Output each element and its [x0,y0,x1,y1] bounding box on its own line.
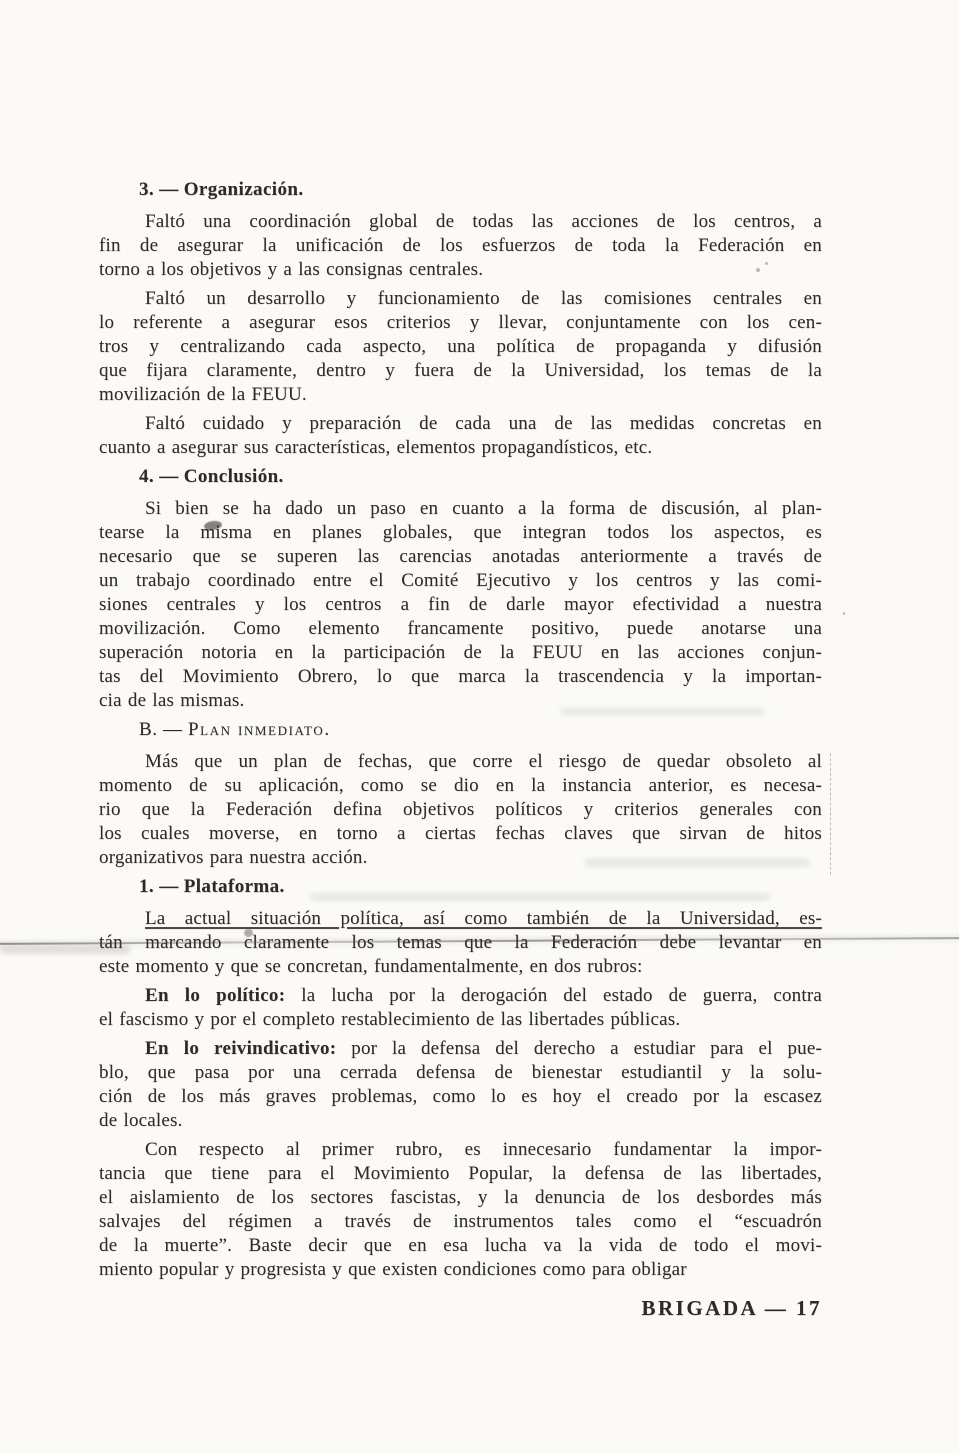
paragraph: En lo reivindicativo: por la defensa del… [99,1037,822,1133]
paragraph: Más que un plan de fechas, que corre el … [99,750,822,870]
heading-prefix: B. — [139,719,188,740]
scan-smudge-streak [560,708,765,715]
scan-smudge-streak [0,945,130,954]
text-line: miento popular y progresista y que exist… [99,1258,822,1282]
text-line: de locales. [99,1109,822,1133]
text-line: ción de los más graves problemas, como l… [99,1085,822,1109]
text-line: siones centrales y los centros a fin de … [99,593,822,617]
text-line: este momento y que se concretan, fundame… [99,955,822,979]
paragraph: Faltó una coordinación global de todas l… [99,210,822,282]
text-line: Faltó cuidado y preparación de cada una … [99,412,822,436]
text-line: superación notoria en la participación d… [99,641,822,665]
text-line: el aislamiento de los sectores fascistas… [99,1186,822,1210]
scan-margin-dashed-line [830,753,831,875]
text-line: Faltó un desarrollo y funcionamiento de … [99,287,822,311]
text-line: tancia que tiene para el Movimiento Popu… [99,1162,822,1186]
text-line: blo, que pasa por una cerrada defensa de… [99,1061,822,1085]
text-line: movilización de la FEUU. [99,383,822,407]
paragraph: Faltó cuidado y preparación de cada una … [99,412,822,460]
ink-smudge [244,929,253,937]
section-heading: 3. — Organización. [99,178,822,202]
paragraph: Faltó un desarrollo y funcionamiento de … [99,287,822,407]
text-line: cuanto a asegurar sus características, e… [99,436,822,460]
text-line: Más que un plan de fechas, que corre el … [99,750,822,774]
text-line: torno a los objetivos y a las consignas … [99,258,822,282]
line-text: por la defensa del derecho a estudiar pa… [336,1038,822,1059]
text-line: rio que la Federación defina objetivos p… [99,798,822,822]
text-line: momento de su aplicación, como se dio en… [99,774,822,798]
footer-text: BRIGADA — 17 [641,1296,822,1320]
heading-title: Plan inmediato. [188,719,331,740]
page-footer: BRIGADA — 17 [99,1295,822,1321]
scan-speck [843,612,845,615]
text-line: de la muerte”. Baste decir que en esa lu… [99,1234,822,1258]
text-line: tas del Movimiento Obrero, lo que marca … [99,665,822,689]
text-line: fin de asegurar la unificación de los es… [99,234,822,258]
text-line: un trabajo coordinado entre el Comité Ej… [99,569,822,593]
scan-speck [756,268,760,272]
section-heading: B. — Plan inmediato. [99,718,822,742]
line-text: La actual situación política, así como t… [145,908,822,929]
text-line: los cuales moverse, en torno a ciertas f… [99,822,822,846]
text-line: que fijara claramente, dentro y fuera de… [99,359,822,383]
text-line: La actual situación política, así como t… [99,907,822,931]
text-line: Faltó una coordinación global de todas l… [99,210,822,234]
text-line: salvajes del régimen a través de instrum… [99,1210,822,1234]
text-line: En lo reivindicativo: por la defensa del… [99,1037,822,1061]
text-line: movilización. Como elemento francamente … [99,617,822,641]
text-line: lo referente a asegurar esos criterios y… [99,311,822,335]
text-line: el fascismo y por el completo restableci… [99,1008,822,1032]
scan-speck [765,262,768,265]
text-line: Con respecto al primer rubro, es inneces… [99,1138,822,1162]
scan-smudge-streak [310,893,770,901]
line-text: la lucha por la derogación del estado de… [285,985,822,1006]
paragraph: En lo político: la lucha por la derogaci… [99,984,822,1032]
text-line: tros y centralizando cada aspecto, una p… [99,335,822,359]
text-line: Si bien se ha dado un paso en cuanto a l… [99,497,822,521]
bold-lead: En lo político: [145,985,285,1006]
section-heading: 4. — Conclusión. [99,465,822,489]
paragraph: Con respecto al primer rubro, es inneces… [99,1138,822,1282]
bold-lead: En lo reivindicativo: [145,1038,336,1059]
scan-smudge-streak [585,858,810,867]
text-line: En lo político: la lucha por la derogaci… [99,984,822,1008]
document-body: 3. — Organización.Faltó una coordinación… [99,174,822,1287]
document-page: 3. — Organización.Faltó una coordinación… [0,0,959,1453]
text-line: necesario que se superen las carencias a… [99,545,822,569]
